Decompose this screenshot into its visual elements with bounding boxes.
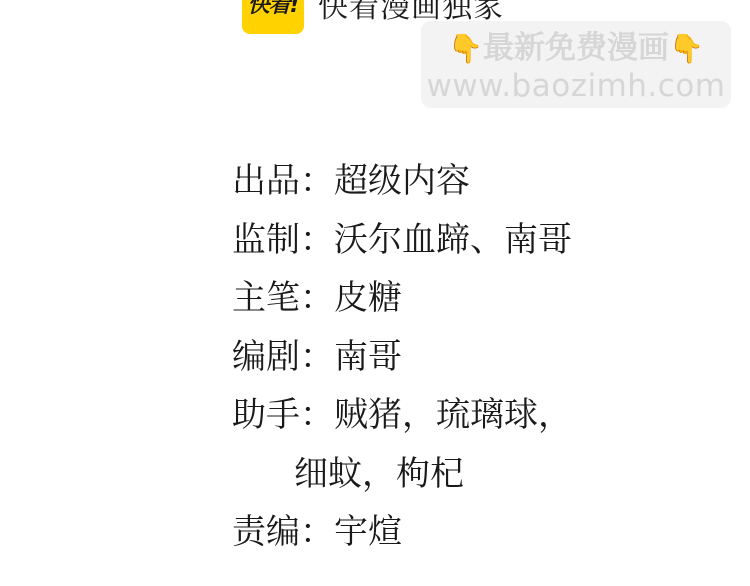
credit-row-writer: 编剧： 南哥 [232,328,572,387]
kuaikan-logo: 快看! [242,0,304,34]
credit-names: 宇煊 [334,503,402,562]
credit-role: 助手： [232,386,334,445]
credit-row-supervisor: 监制： 沃尔血蹄、南哥 [232,211,572,270]
credit-row-producer: 出品： 超级内容 [232,152,572,211]
watermark-url: www.baozimh.com [421,67,731,105]
credit-role: 责编： [232,503,334,562]
credit-names: 沃尔血蹄、南哥 [334,211,572,270]
credit-names: 细蚊，枸杞 [294,445,464,504]
credit-role: 出品： [232,152,334,211]
pointing-down-hand-icon: 👇 [448,32,483,65]
credit-role: 监制： [232,211,334,270]
credit-names: 皮糖 [334,269,402,328]
logo-text: 快看! [247,0,298,17]
credit-names: 超级内容 [334,152,470,211]
credit-role: 编剧： [232,328,334,387]
credit-names: 贼猪，琉璃球， [334,386,572,445]
watermark-headline: 👇最新免费漫画👇 [421,29,731,68]
credit-role: 主笔： [232,269,334,328]
watermark-banner: 👇最新免费漫画👇 www.baozimh.com [421,21,731,108]
credits-list: 出品： 超级内容 监制： 沃尔血蹄、南哥 主笔： 皮糖 编剧： 南哥 助手： 贼… [232,152,572,562]
credit-row-editor: 责编： 宇煊 [232,503,572,562]
watermark-title: 最新免费漫画 [483,30,669,66]
credit-names: 南哥 [334,328,402,387]
pointing-down-hand-icon: 👇 [669,32,704,65]
credit-row-lead-artist: 主笔： 皮糖 [232,269,572,328]
credit-row-assistants: 助手： 贼猪，琉璃球， [232,386,572,445]
credit-row-assistants-continued: 细蚊，枸杞 [232,445,572,504]
